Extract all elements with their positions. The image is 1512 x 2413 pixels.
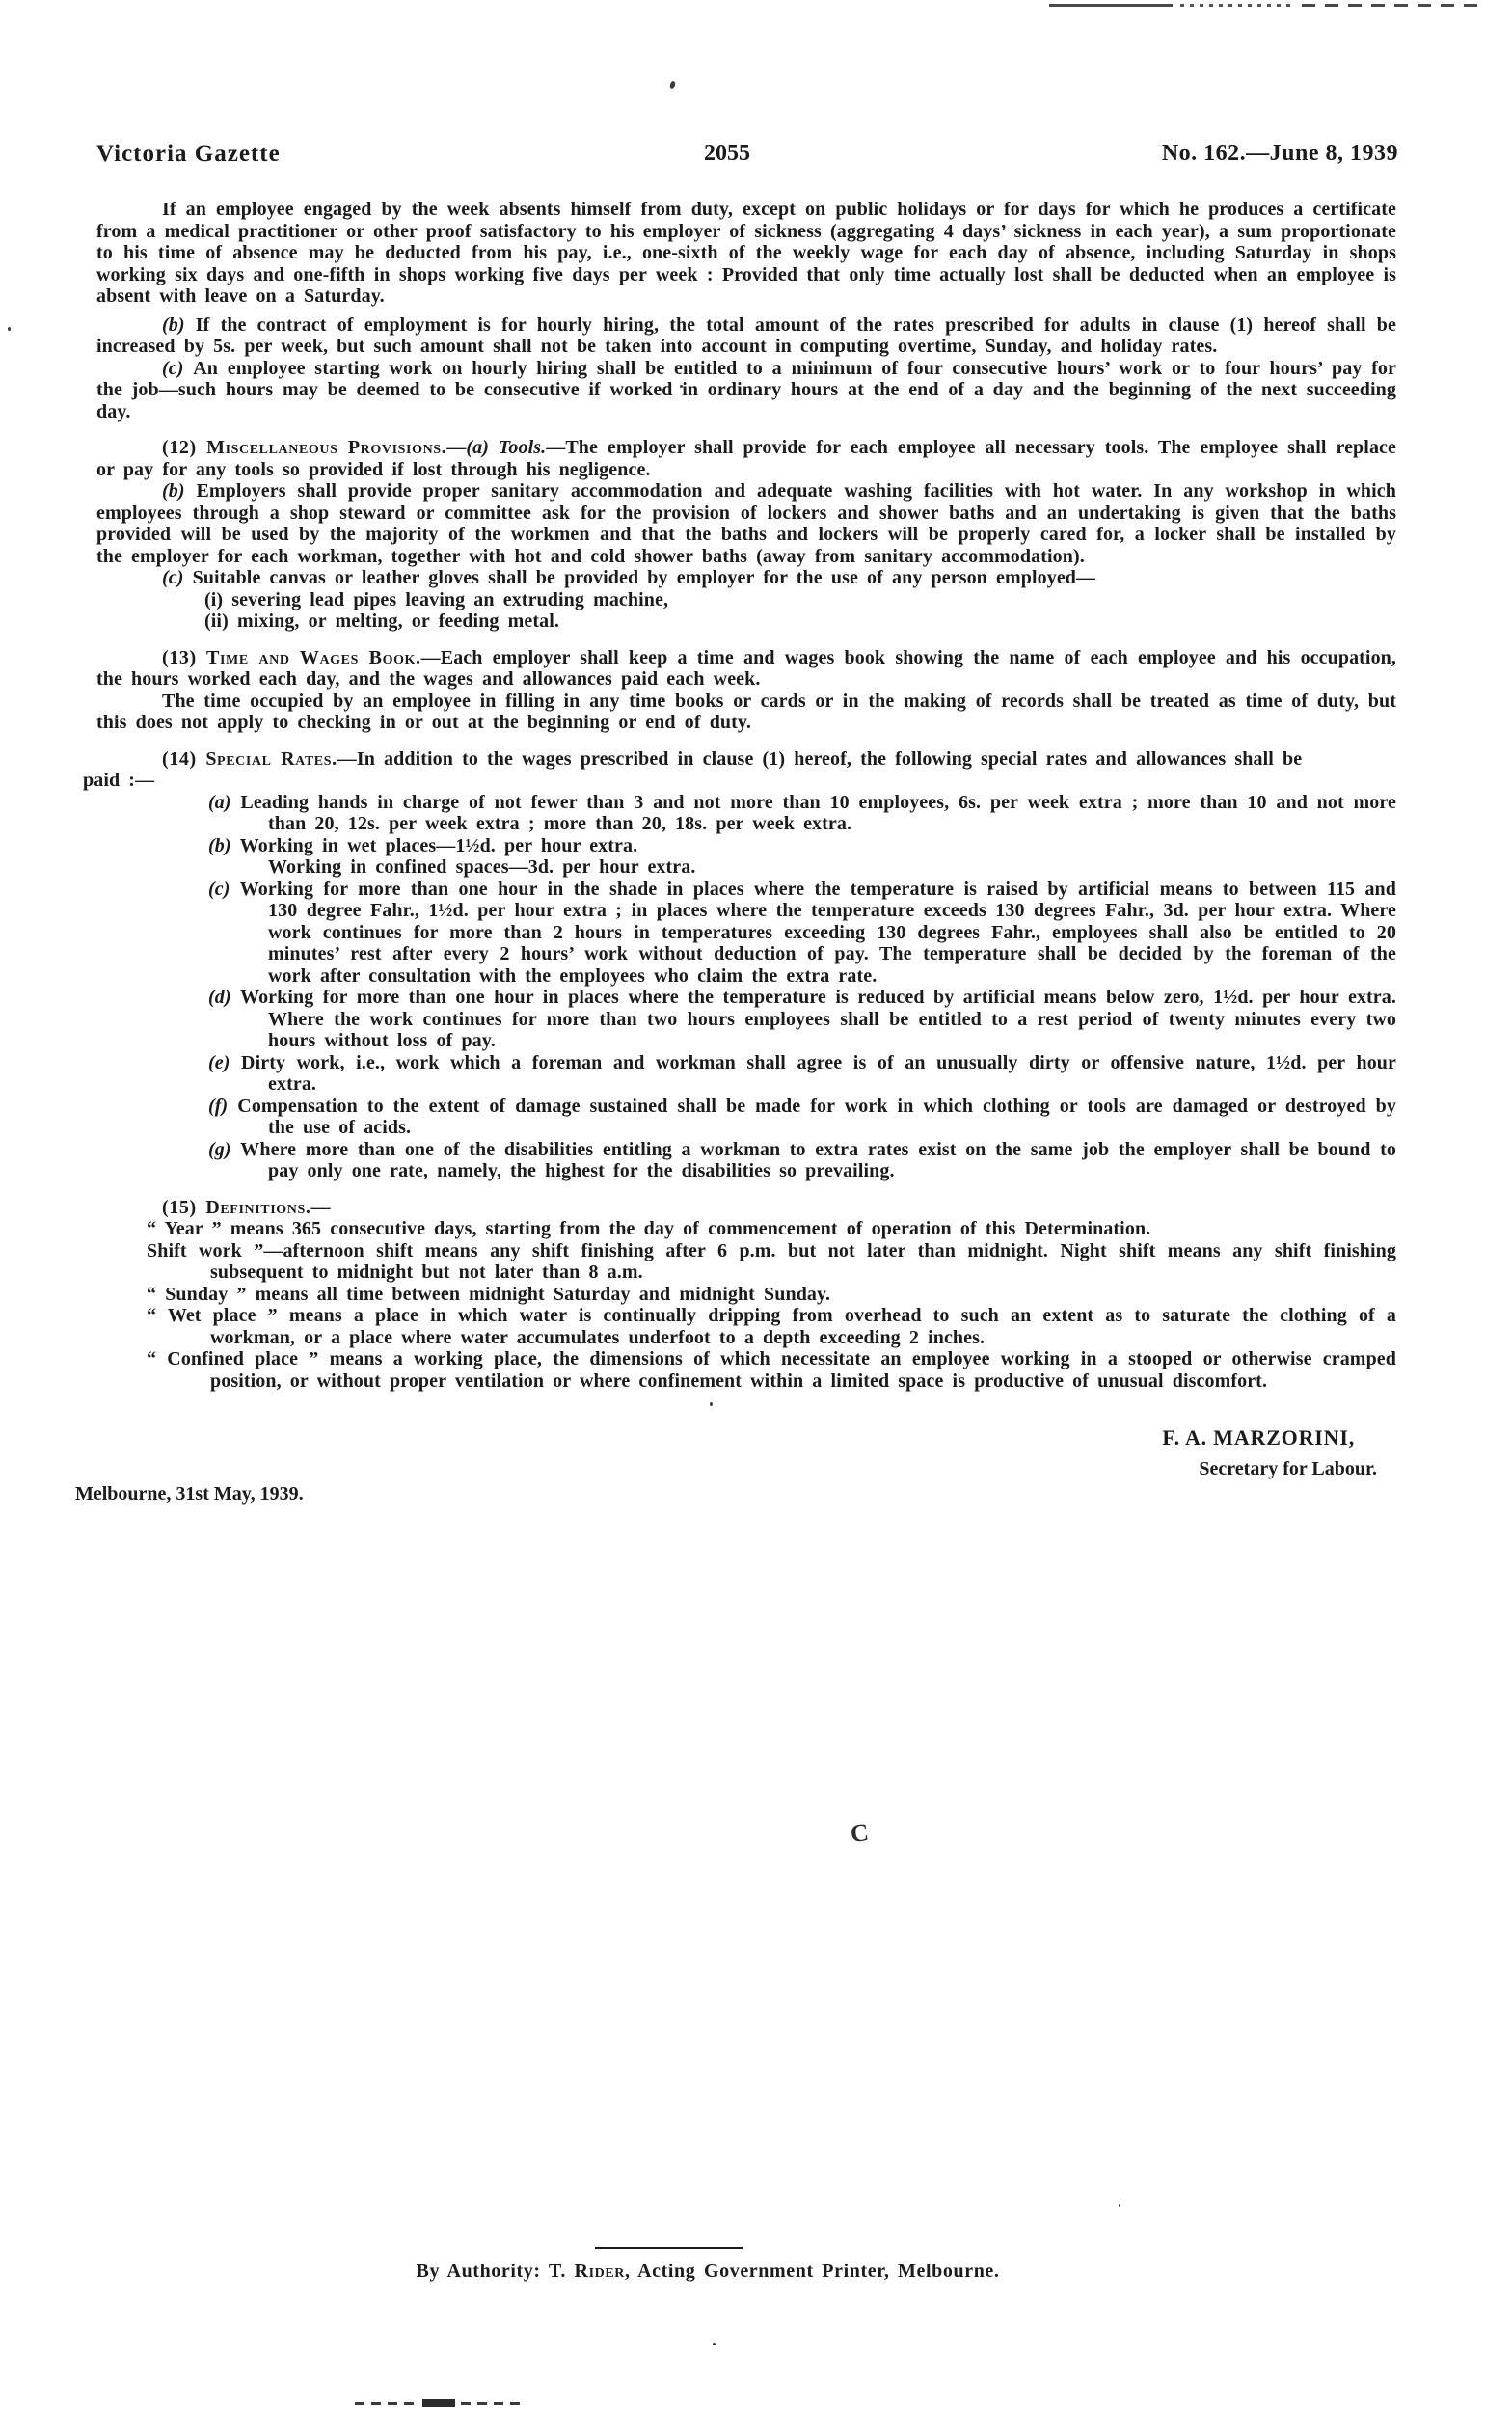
document-body: If an employee engaged by the week absen… <box>96 199 1396 1392</box>
special-rate-item-a: (a) Leading hands in charge of not fewer… <box>96 792 1396 835</box>
c-scan-mark: C <box>849 1818 870 1849</box>
section-15-title: (15) Definitions. <box>162 1197 310 1218</box>
item-a-label: (a) <box>208 792 240 813</box>
footer-prefix: By Authority: T. <box>417 2261 575 2282</box>
dash-segment <box>461 2402 523 2405</box>
section-12c-label: (c) <box>162 567 193 588</box>
definition-sunday: “ Sunday ” means all time between midnig… <box>96 1284 1396 1306</box>
item-b-text: Working in wet places—1½d. per hour extr… <box>240 835 637 856</box>
dash-segment <box>1049 4 1173 7</box>
journal-title: Victoria Gazette <box>96 141 281 168</box>
item-d-label: (d) <box>208 987 240 1008</box>
clause-b-text: If the contract of employment is for hou… <box>96 314 1396 358</box>
section-13-title: (13) Time and Wages Book. <box>162 647 421 668</box>
dot-segment <box>1180 4 1294 7</box>
clause-c-label: (c) <box>162 358 193 379</box>
item-e-label: (e) <box>208 1052 241 1073</box>
scan-speck <box>8 327 11 331</box>
item-b-label: (b) <box>208 835 240 856</box>
definition-confined-place: “ Confined place ” means a working place… <box>96 1348 1396 1392</box>
clause-b-label: (b) <box>162 314 196 336</box>
page-header: Victoria Gazette 2055 No. 162.—June 8, 1… <box>0 141 1512 174</box>
subitem-i-label: (i) <box>204 589 231 610</box>
dash-segment <box>1302 4 1485 7</box>
section-12b-paragraph: (b) Employers shall provide proper sanit… <box>96 480 1396 567</box>
footer-suffix: , Acting Government Printer, Melbourne. <box>625 2261 1000 2282</box>
special-rate-item-c: (c) Working for more than one hour in th… <box>96 879 1396 988</box>
special-rate-item-e: (e) Dirty work, i.e., work which a forem… <box>96 1052 1396 1096</box>
signature-name: F. A. MARZORINI, <box>1162 1425 1355 1451</box>
item-c-label: (c) <box>208 879 240 900</box>
subitem-i-text: severing lead pipes leaving an extruding… <box>231 589 668 610</box>
item-f-text: Compensation to the extent of damage sus… <box>237 1096 1396 1139</box>
item-c-text: Working for more than one hour in the sh… <box>240 879 1396 987</box>
item-b-text2: Working in confined spaces—3d. per hour … <box>268 856 695 878</box>
subitem-ii-text: mixing, or melting, or feeding metal. <box>237 610 559 632</box>
footer-rule <box>595 2247 742 2249</box>
page-number: 2055 <box>704 141 750 167</box>
item-e-text: Dirty work, i.e., work which a foreman a… <box>241 1052 1396 1096</box>
special-rate-item-d: (d) Working for more than one hour in pl… <box>96 987 1396 1052</box>
item-d-text: Working for more than one hour in places… <box>240 987 1396 1051</box>
footer-printer-name: Rider <box>575 2261 625 2282</box>
intro-text: If an employee engaged by the week absen… <box>96 199 1396 307</box>
definition-wet-place: “ Wet place ” means a place in which wat… <box>96 1305 1396 1348</box>
special-rate-item-g: (g) Where more than one of the disabilit… <box>96 1139 1396 1182</box>
item-f-label: (f) <box>208 1096 237 1117</box>
definition-year: “ Year ” means 365 consecutive days, sta… <box>96 1218 1396 1240</box>
gazette-page: Victoria Gazette 2055 No. 162.—June 8, 1… <box>0 0 1512 2413</box>
special-rate-item-f: (f) Compensation to the extent of damage… <box>96 1096 1396 1139</box>
section-14-title: (14) Special Rates. <box>162 748 337 770</box>
issue-date: No. 162.—June 8, 1939 <box>1162 141 1398 167</box>
bottom-edge-dashes <box>355 2399 540 2408</box>
item-g-label: (g) <box>208 1139 240 1160</box>
section-15-heading: (15) Definitions.— <box>96 1197 1396 1219</box>
clause-c-text: An employee starting work on hourly hiri… <box>96 358 1396 422</box>
clause-b-paragraph: (b) If the contract of employment is for… <box>96 314 1396 358</box>
section-12c-paragraph: (c) Suitable canvas or leather gloves sh… <box>96 567 1396 589</box>
item-a-text: Leading hands in charge of not fewer tha… <box>240 792 1396 835</box>
section-14-intro: —In addition to the wages prescribed in … <box>337 748 1302 770</box>
section-12b-text: Employers shall provide proper sanitary … <box>96 480 1396 567</box>
intro-paragraph: If an employee engaged by the week absen… <box>96 199 1396 308</box>
clause-c-paragraph: (c) An employee starting work on hourly … <box>96 358 1396 423</box>
glove-subitem-i: (i) severing lead pipes leaving an extru… <box>204 589 1396 611</box>
special-rate-item-b: (b) Working in wet places—1½d. per hour … <box>96 835 1396 879</box>
dash: — <box>310 1197 330 1218</box>
dash-box <box>422 2399 455 2407</box>
definition-shift-work: Shift work ”—afternoon shift means any s… <box>96 1240 1396 1284</box>
section-12c-text: Suitable canvas or leather gloves shall … <box>193 567 1096 588</box>
paid-line: paid :— <box>83 770 1396 792</box>
section-13-text2: The time occupied by an employee in fill… <box>96 691 1396 734</box>
dateline: Melbourne, 31st May, 1939. <box>75 1483 304 1505</box>
tools-subtitle: Tools. <box>499 437 546 458</box>
section-13-heading-paragraph: (13) Time and Wages Book.—Each employer … <box>96 647 1396 691</box>
top-edge-dashes <box>1049 2 1508 8</box>
scan-speck <box>669 80 676 89</box>
scan-speck <box>713 2343 715 2345</box>
scan-speck <box>1119 2204 1120 2207</box>
section-12-heading-paragraph: (12) Miscellaneous Provisions.—(a) Tools… <box>96 437 1396 480</box>
signature-role: Secretary for Labour. <box>1199 1458 1377 1480</box>
scan-speck <box>710 1402 713 1406</box>
dash: — <box>446 437 466 458</box>
glove-subitem-ii: (ii) mixing, or melting, or feeding meta… <box>204 610 1396 633</box>
section-12b-label: (b) <box>162 480 196 502</box>
section-14-heading-paragraph: (14) Special Rates.—In addition to the w… <box>96 748 1396 771</box>
item-g-text: Where more than one of the disabilities … <box>240 1139 1396 1182</box>
section-13-continuation: The time occupied by an employee in fill… <box>96 691 1396 734</box>
footer-imprint: By Authority: T. Rider, Acting Governmen… <box>47 2261 1368 2283</box>
section-12a-label: (a) <box>466 437 499 458</box>
dash-segment <box>355 2402 417 2405</box>
section-12-title: (12) Miscellaneous Provisions. <box>162 437 446 458</box>
subitem-ii-label: (ii) <box>204 610 237 632</box>
